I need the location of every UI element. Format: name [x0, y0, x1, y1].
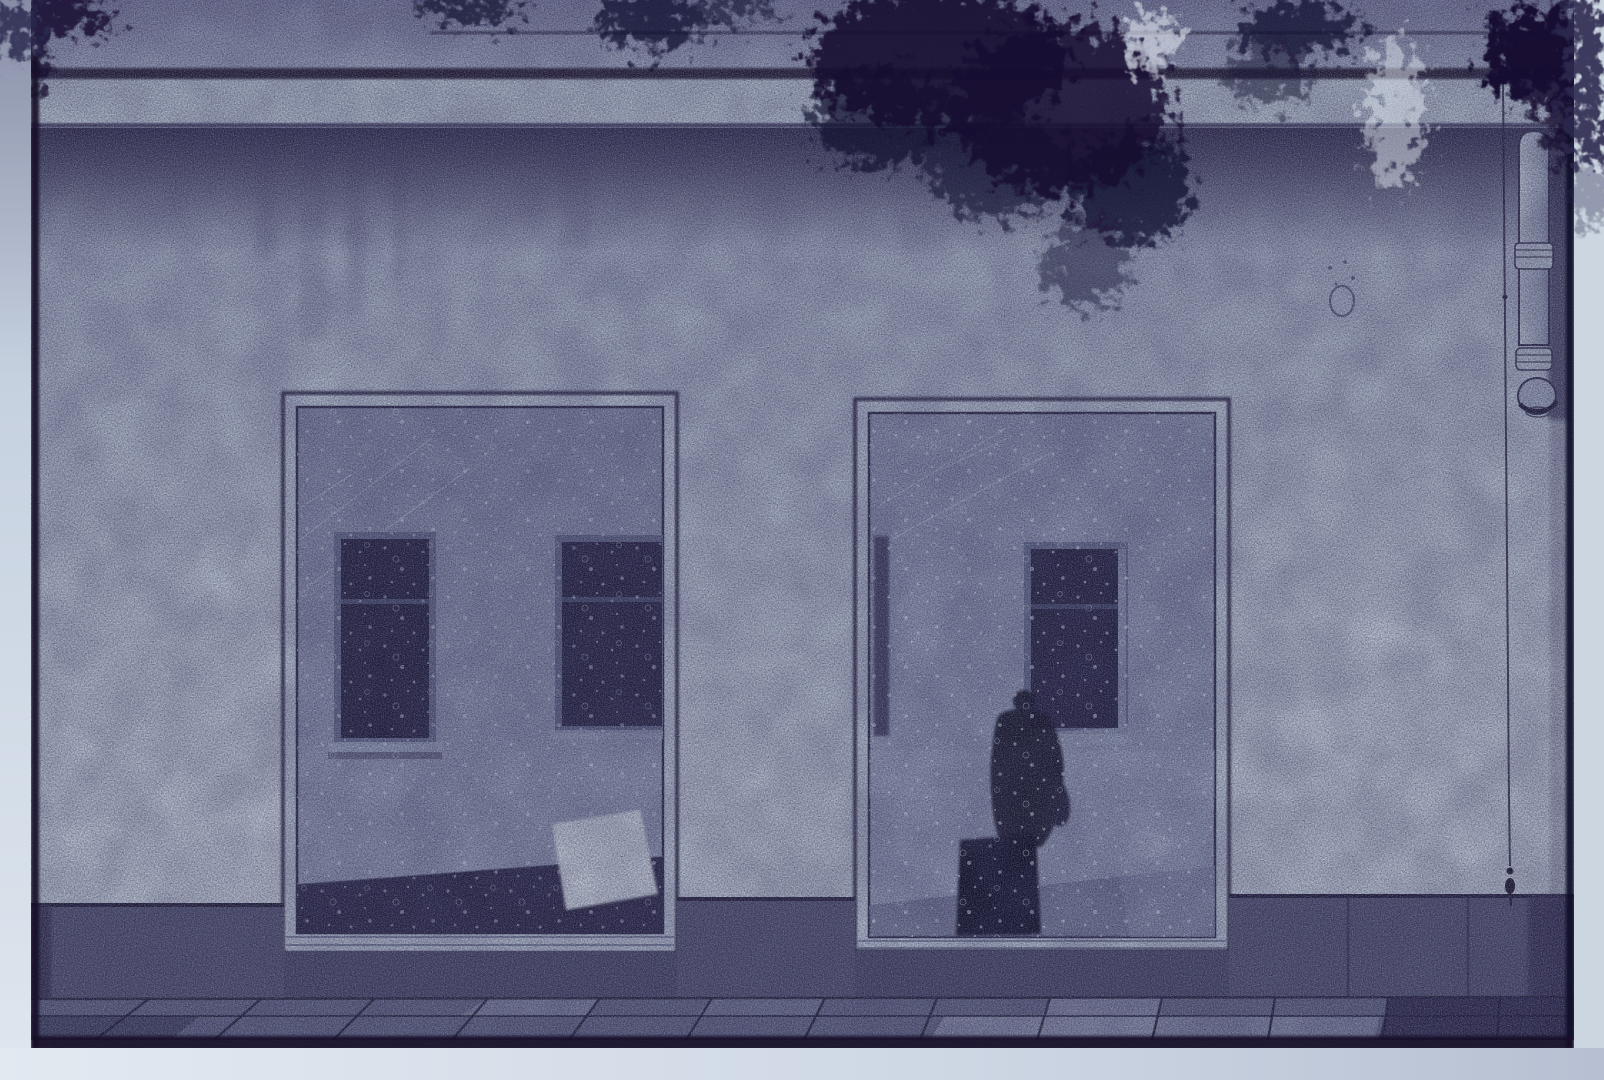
margin-bottom — [0, 1048, 1604, 1080]
frame-bottom — [31, 1036, 1574, 1050]
grain-light — [31, 0, 1574, 1048]
frame-left — [31, 55, 39, 1048]
photo-canvas: Rainy shop windows — [0, 0, 1604, 1080]
frame-right — [1566, 128, 1574, 1048]
margin-left — [0, 0, 31, 1080]
photograph: Rainy shop windows — [0, 0, 1604, 1080]
